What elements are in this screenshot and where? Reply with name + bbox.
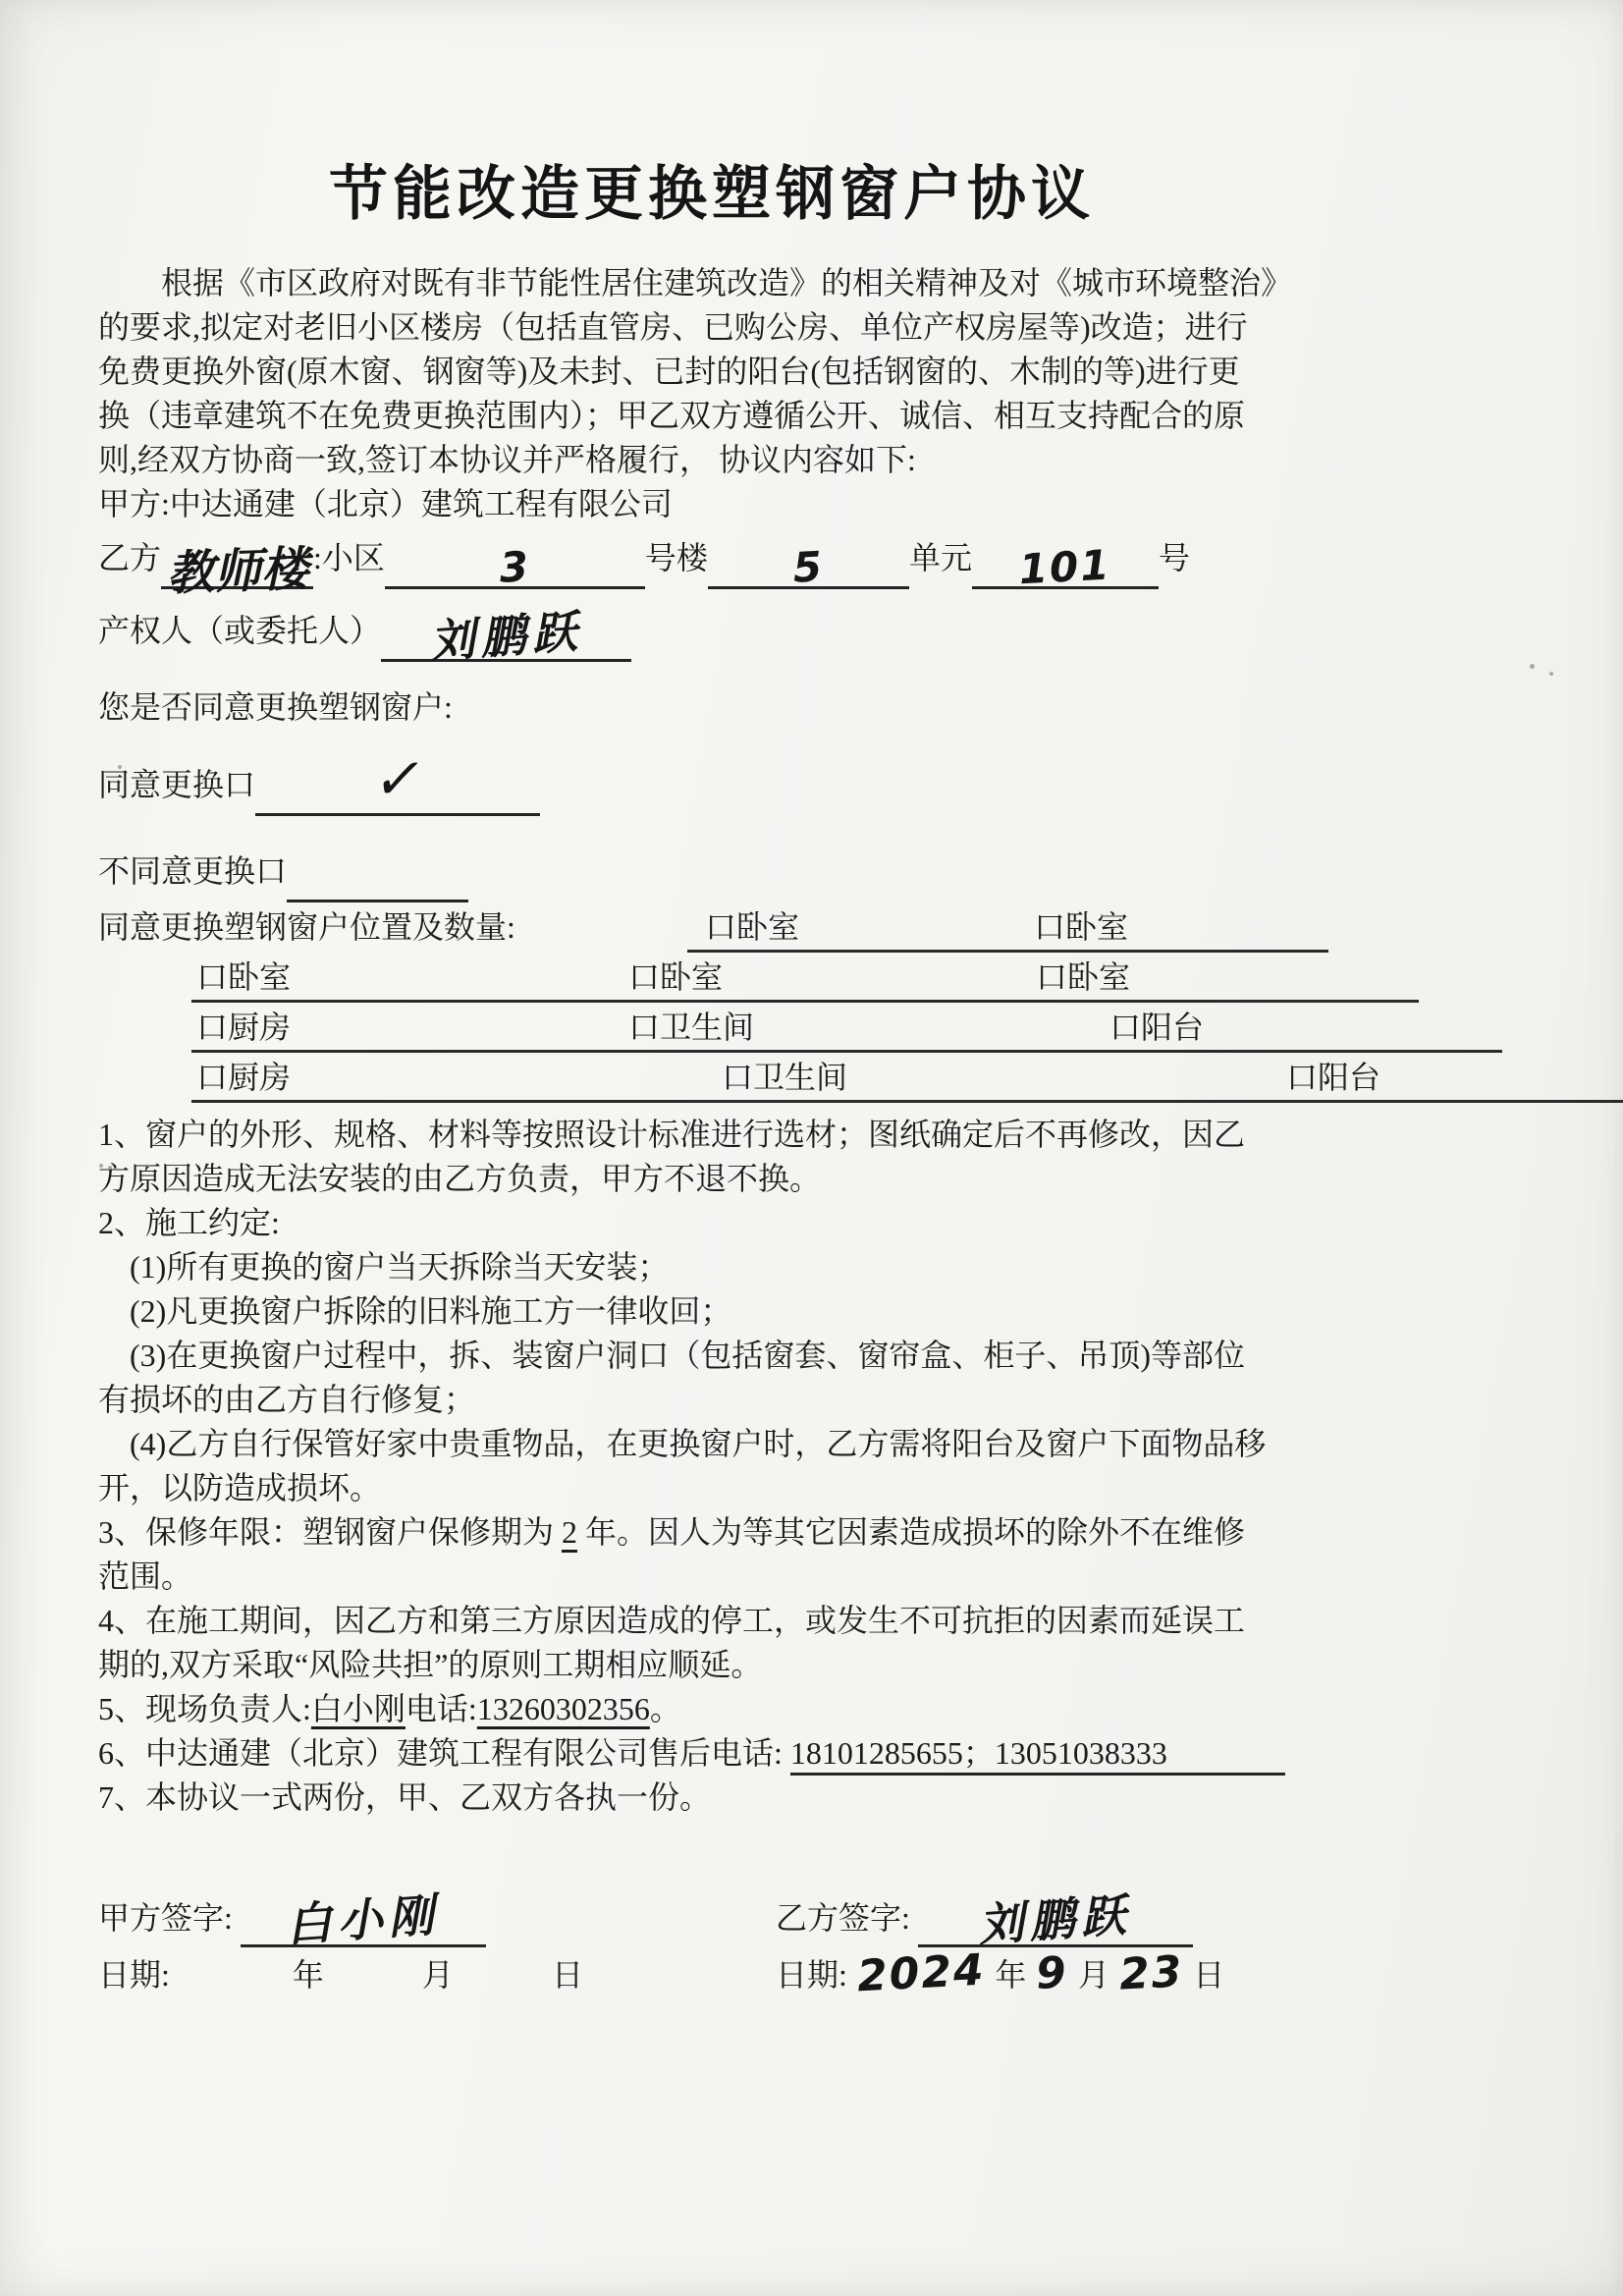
party-b-name-blank: 教师楼: [161, 543, 313, 589]
room-no-handwritten: 101: [1018, 546, 1112, 590]
party-b-signature-handwritten: 刘鹏跃: [977, 1895, 1132, 1945]
scan-artifact-dot: [1530, 664, 1535, 669]
location-checkbox-item: 口厨房: [191, 1005, 579, 1053]
room-suffix-label: 号: [1159, 526, 1190, 589]
date-row: 日期:年月日 日期:2024年9月23日: [98, 1947, 1325, 2002]
party-b-date-year-handwritten: 2024: [856, 1951, 986, 1997]
warranty-years-value: 2: [562, 1514, 577, 1550]
scan-artifact-dot: [108, 1166, 112, 1170]
locations-row-3: 口厨房 口卫生间 口阳台: [191, 1055, 1325, 1103]
locations-row-1: 口卧室 口卧室 口卧室: [191, 955, 1325, 1003]
location-checkbox-item: 口卧室: [990, 904, 1328, 953]
clause-1: 1、窗户的外形、规格、材料等按照设计标准进行选材；图纸确定后不再修改，因乙 方原…: [98, 1113, 1325, 1201]
party-a-signature-blank: 白小刚: [241, 1901, 486, 1947]
document-title: 节能改造更换塑钢窗户协议: [98, 147, 1325, 232]
building-no-handwritten: 3: [499, 547, 531, 588]
party-b-name-handwritten: 教师楼: [166, 549, 308, 593]
day-label: 日: [552, 1947, 583, 2002]
clause-4: 4、在施工期间，因乙方和第三方原因造成的停工，或发生不可抗拒的因素而延误工 期的…: [98, 1599, 1325, 1687]
locations-header-row: 同意更换塑钢窗户位置及数量: 口卧室 口卧室: [98, 904, 1325, 953]
disagree-line: 不同意更换口: [98, 840, 1325, 902]
owner-signature-handwritten: 刘鹏跃: [428, 612, 583, 662]
party-b-date-day-handwritten: 23: [1118, 1952, 1184, 1995]
party-b-date-month-handwritten: 9: [1035, 1953, 1069, 1995]
location-checkbox-item: 口卧室: [687, 904, 990, 953]
clause-7: 7、本协议一式两份，甲、乙双方各执一份。: [98, 1776, 1325, 1820]
disagree-blank: [287, 856, 468, 902]
location-checkbox-item: 口卧室: [982, 955, 1419, 1003]
party-b-line: 乙方教师楼:小区3号楼5单元101号: [98, 526, 1325, 589]
location-checkbox-item: 口阳台: [1021, 1005, 1502, 1053]
month-label: 月: [422, 1947, 454, 2002]
location-checkbox-item: 口厨房: [191, 1055, 619, 1103]
party-a-line: 甲方:中达通建（北京）建筑工程有限公司: [98, 482, 1325, 526]
party-a-signature-block: 甲方签字: 白小刚: [98, 1888, 776, 1947]
signature-row: 甲方签字: 白小刚 乙方签字: 刘鹏跃: [98, 1888, 1325, 1947]
clause-2-item-1: (1)所有更换的窗户当天拆除当天安装；: [98, 1245, 1325, 1289]
owner-signature-blank: 刘鹏跃: [381, 616, 631, 662]
clause-3-pre: 3、保修年限：塑钢窗户保修期为: [98, 1514, 562, 1550]
party-a-date-block: 日期:年月日: [98, 1947, 776, 2002]
community-label: :小区: [313, 526, 385, 589]
agree-line: 同意更换口✓: [98, 753, 1325, 816]
party-a-signature-handwritten: 白小刚: [285, 1895, 440, 1945]
owner-line: 产权人（或委托人）刘鹏跃: [98, 599, 1325, 662]
location-checkbox-item: 口卧室: [589, 955, 982, 1003]
consent-question: 您是否同意更换塑钢窗户:: [98, 685, 1325, 730]
year-label: 年: [995, 1947, 1026, 2002]
scan-artifact-dot: [118, 765, 122, 769]
party-a-signature-label: 甲方签字:: [98, 1888, 233, 1947]
scan-artifact-dot: [1549, 672, 1553, 676]
party-b-date-label: 日期:: [776, 1947, 847, 2002]
clause-5-post: 。: [650, 1691, 681, 1726]
clause-5: 5、现场负责人:白小刚电话:13260302356。: [98, 1687, 1325, 1731]
party-b-signature-label: 乙方签字:: [776, 1888, 910, 1947]
site-manager-phone: 13260302356: [477, 1691, 650, 1726]
clause-2-item-2: (2)凡更换窗户拆除的旧料施工方一律收回；: [98, 1289, 1325, 1334]
building-label: 号楼: [645, 526, 708, 589]
aftersales-phones: 18101285655；13051038333: [790, 1733, 1285, 1776]
clause-2-item-3: (3)在更换窗户过程中，拆、装窗户洞口（包括窗套、窗帘盒、柜子、吊顶)等部位 有…: [98, 1334, 1325, 1422]
clause-2: 2、施工约定:: [98, 1201, 1325, 1245]
location-checkbox-item: 口阳台: [1163, 1055, 1623, 1103]
location-checkbox-item: 口卧室: [191, 955, 589, 1003]
owner-label: 产权人（或委托人）: [98, 599, 381, 662]
party-a-date-label: 日期:: [98, 1947, 170, 2002]
agree-label: 同意更换口: [98, 753, 255, 816]
locations-row-2: 口厨房 口卫生间 口阳台: [191, 1005, 1325, 1053]
scan-artifact-dot: [99, 1164, 103, 1168]
year-label: 年: [293, 1947, 324, 2002]
party-b-label: 乙方: [98, 526, 161, 589]
party-b-signature-blank: 刘鹏跃: [918, 1901, 1193, 1947]
clause-5-mid: 电话:: [406, 1691, 477, 1726]
building-no-blank: 3: [385, 543, 645, 589]
month-label: 月: [1078, 1947, 1109, 2002]
room-no-blank: 101: [972, 543, 1159, 589]
location-checkbox-item: 口卫生间: [619, 1055, 1163, 1103]
clause-3: 3、保修年限：塑钢窗户保修期为 2 年。因人为等其它因素造成损坏的除外不在维修 …: [98, 1510, 1325, 1599]
location-checkbox-item: 口卫生间: [579, 1005, 1021, 1053]
disagree-label: 不同意更换口: [98, 840, 287, 902]
unit-no-blank: 5: [708, 543, 909, 589]
clause-5-pre: 5、现场负责人:: [98, 1691, 311, 1726]
day-label: 日: [1193, 1947, 1224, 2002]
agree-blank: ✓: [255, 770, 540, 816]
clause-6: 6、中达通建（北京）建筑工程有限公司售后电话: 18101285655；1305…: [98, 1731, 1325, 1776]
party-b-signature-block: 乙方签字: 刘鹏跃: [776, 1888, 1325, 1947]
intro-paragraph: 根据《市区政府对既有非节能性居住建筑改造》的相关精神及对《城市环境整治》 的要求…: [98, 261, 1325, 482]
unit-no-handwritten: 5: [792, 547, 825, 588]
agree-checkmark-handwritten: ✓: [371, 759, 429, 798]
party-b-date-block: 日期:2024年9月23日: [776, 1947, 1325, 2002]
site-manager-name: 白小刚: [311, 1691, 406, 1726]
unit-label: 单元: [909, 526, 972, 589]
scanned-agreement-page: 节能改造更换塑钢窗户协议 根据《市区政府对既有非节能性居住建筑改造》的相关精神及…: [0, 0, 1623, 2296]
locations-header-label: 同意更换塑钢窗户位置及数量:: [98, 904, 687, 953]
document-content: 节能改造更换塑钢窗户协议 根据《市区政府对既有非节能性居住建筑改造》的相关精神及…: [98, 147, 1325, 2002]
clause-2-item-4: (4)乙方自行保管好家中贵重物品，在更换窗户时，乙方需将阳台及窗户下面物品移 开…: [98, 1422, 1325, 1510]
clause-6-pre: 6、中达通建（北京）建筑工程有限公司售后电话:: [98, 1735, 790, 1771]
